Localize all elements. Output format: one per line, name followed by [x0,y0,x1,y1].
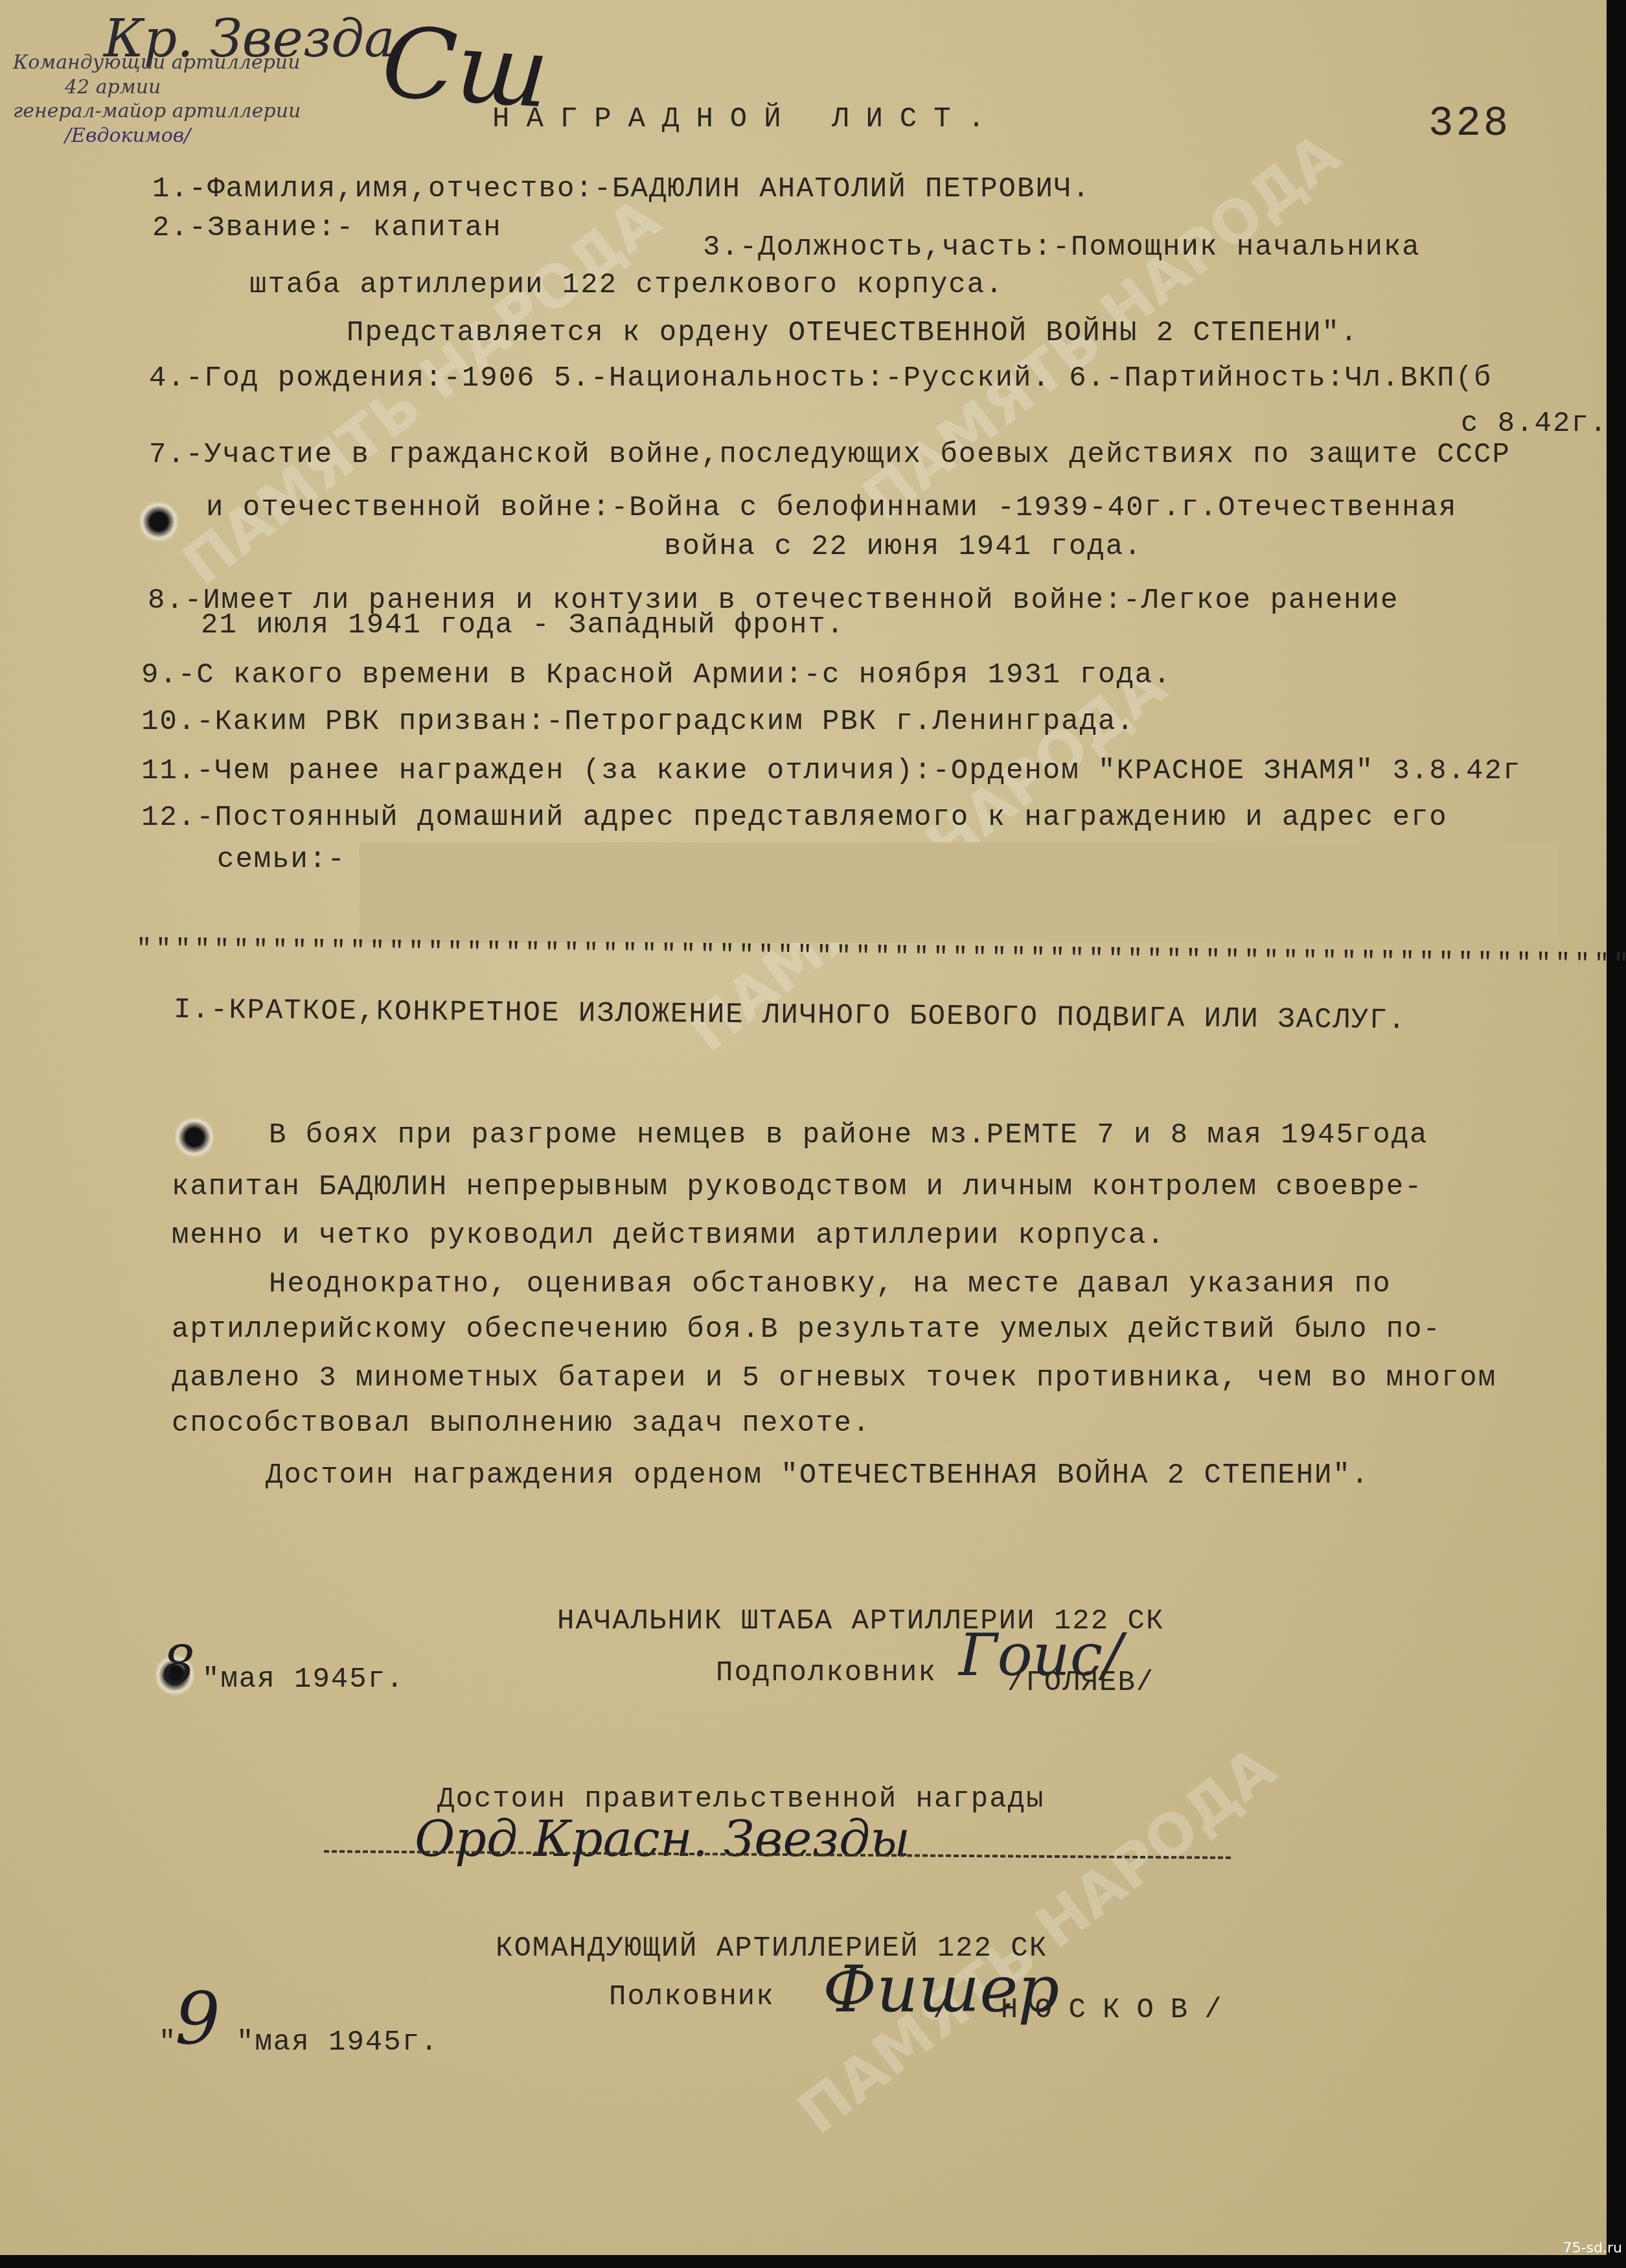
resolution-stamp: Командующий артиллерии 42 армии генерал-… [13,51,301,148]
field-rank: 2.-Звание:- капитан [152,214,502,242]
signer2-rank: Полковник [609,1983,775,2011]
field-army-since: 9.-С какого времени в Красной Армии:-с н… [141,661,1172,689]
document-title: НАГРАДНОЙ ЛИСТ. [492,105,1002,133]
field-position-cont: штаба артиллерии 122 стрелкового корпуса… [249,271,1004,299]
punch-hole [175,1115,214,1160]
nomination-line: Представляется к ордену ОТЕЧЕСТВЕННОЙ ВО… [347,319,1358,347]
field-civil-war-cont2: война с 22 июня 1941 года. [664,533,1143,561]
field-civil-war-cont: и отечественной войне:-Война с белофинна… [206,494,1458,522]
field-wounds-cont: 21 июля 1941 года - Западный фронт. [201,611,845,640]
narrative-line: В боях при разгроме немцев в районе мз.Р… [269,1121,1428,1150]
narrative-line: артиллерийскому обеспечению боя.В резуль… [172,1315,1441,1344]
narrative-line: Достоин награждения орденом "ОТЕЧЕСТВЕНН… [266,1461,1369,1490]
signer1-name: /ГОЛЯЕВ/ [1007,1669,1154,1697]
signer2-date-day: 9 [175,1983,220,2054]
signer1-date-day: 8 [162,1639,195,1691]
narrative-line: Неоднократно, оценивая обстановку, на ме… [269,1270,1391,1299]
stamp-line: 42 армии [13,75,301,100]
narrative-line: способствовал выполнению задач пехоте. [172,1409,871,1438]
signer1-date: "мая 1945г. [202,1665,404,1694]
signer2-name: / НОСКОВ/ [933,1996,1239,2024]
field-civil-war: 7.-Участие в гражданской войне,последующ… [149,441,1511,469]
field-birth-nationality-party: 4.-Год рождения:-1906 5.-Национальность:… [149,364,1493,393]
redacted-address [360,842,1558,943]
field-home-address: 12.-Постоянный домашний адрес представля… [141,804,1448,832]
narrative-line: давлено 3 минометных батареи и 5 огневых… [172,1364,1496,1393]
stamp-line: генерал-майор артиллерии [13,99,301,124]
section-heading: I.-КРАТКОЕ,КОНКРЕТНОЕ ИЗЛОЖЕНИЕ ЛИЧНОГО … [174,996,1406,1036]
site-credit: 75-sd.ru [1563,2240,1622,2256]
narrative-line: капитан БАДЮЛИН непрерывным руководством… [172,1173,1423,1201]
field-prior-awards: 11.-Чем ранее награжден (за какие отличи… [141,757,1521,785]
punch-hole [139,499,178,544]
stamp-line: /Евдокимов/ [13,124,301,148]
stamp-line: Командующий артиллерии [13,51,301,75]
sheet-number: 328 [1428,104,1511,145]
award-sheet-document: ПАМЯТЬ НАРОДА ПАМЯТЬ НАРОДА ПАМЯТЬ НАРОД… [0,0,1607,2255]
signer1-rank: Подполковник [716,1659,937,1687]
field-family-address-label: семьи:- [217,846,346,874]
field-full-name: 1.-Фамилия,имя,отчество:-БАДЮЛИН АНАТОЛИ… [152,175,1091,203]
signer2-date: "мая 1945г. [236,2028,439,2057]
field-party-since: с 8.42г. [1461,410,1608,438]
field-position: 3.-Должность,часть:-Помощник начальника [703,233,1421,262]
narrative-line: менно и четко руководил действиями артил… [172,1221,1165,1250]
field-conscription: 10.-Каким РВК призван:-Петроградским РВК… [141,708,1135,736]
